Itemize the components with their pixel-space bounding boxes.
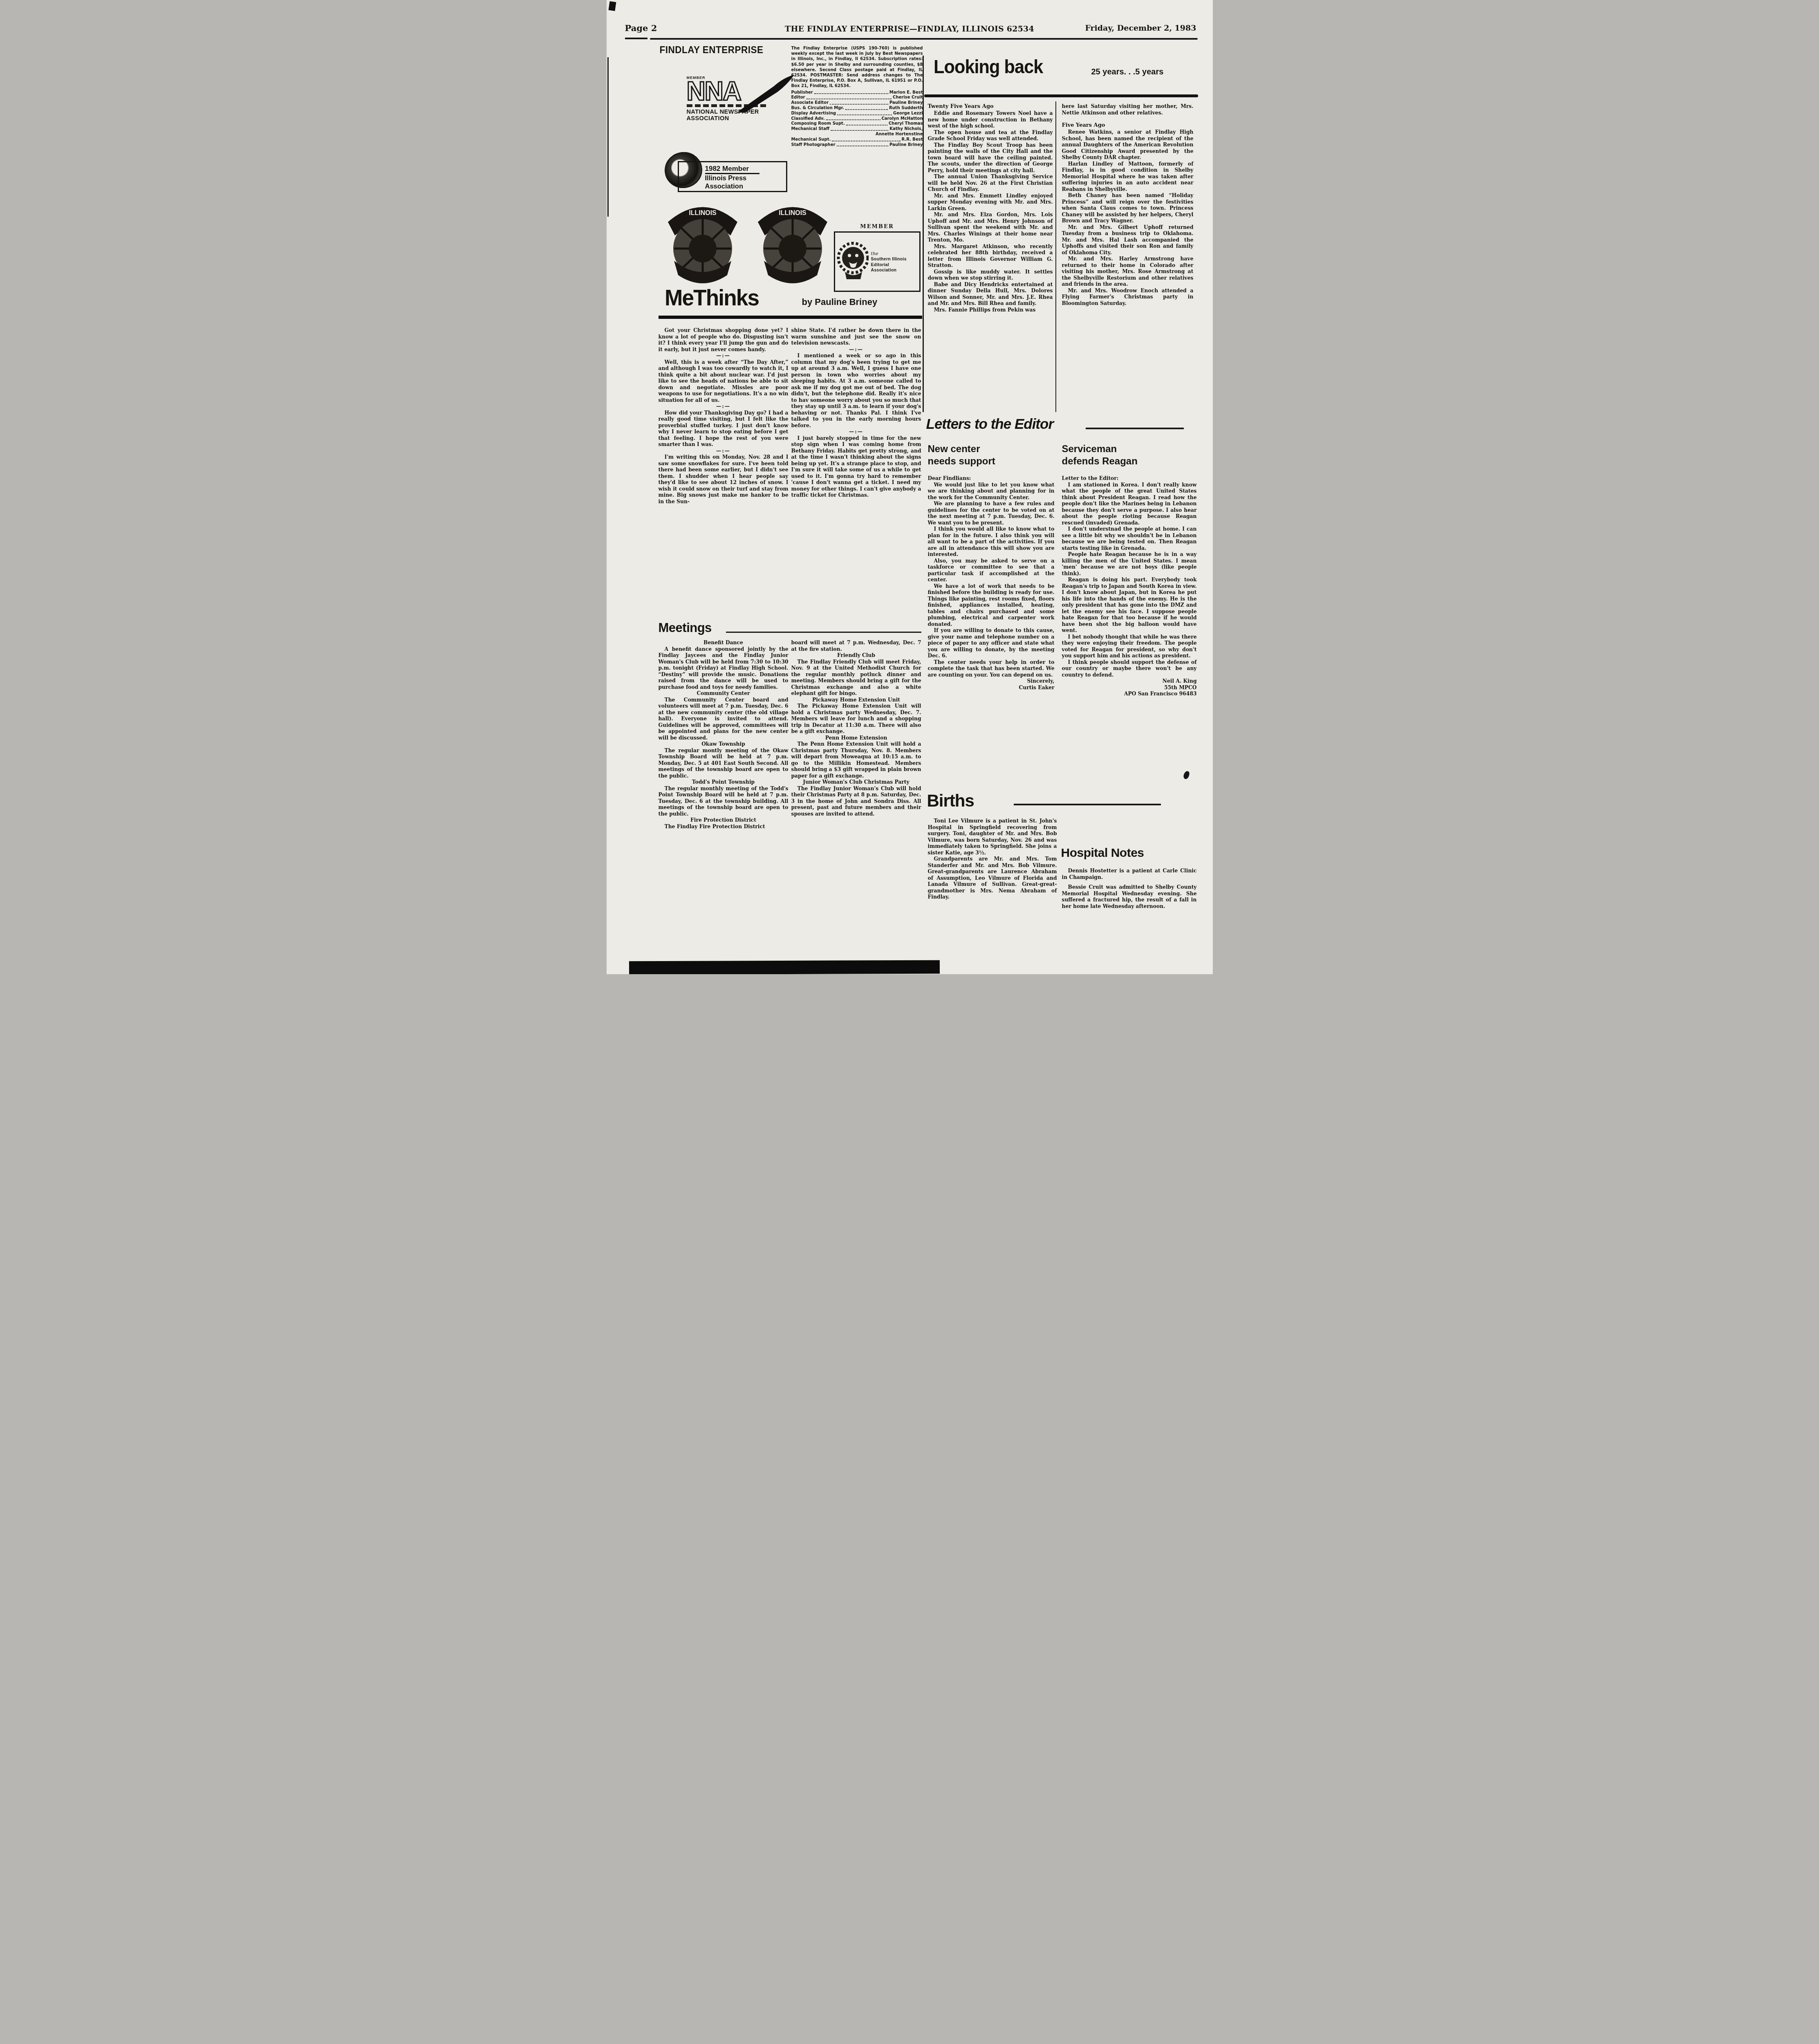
meeting-paragraph: The Pickaway Home Extension Unit will ho… xyxy=(791,703,921,735)
staff-row-continuation: Annette Hortenstine xyxy=(791,132,923,137)
header-rule-short xyxy=(625,38,647,39)
ipa-association: Illinois Press Association xyxy=(705,174,783,191)
dot-leader xyxy=(837,114,892,115)
letter-paragraph: I think people should support the defens… xyxy=(1062,659,1197,678)
sie-line1: Southern Illinois Editorial xyxy=(871,257,917,268)
column-separator: —:— xyxy=(659,403,789,410)
meeting-head: Junior Woman's Club Christmas Party xyxy=(791,779,921,785)
hospital-notes-title: Hospital Notes xyxy=(1061,847,1144,859)
staff-row: Composing Room Supt.Cheryl Thomas xyxy=(791,121,923,127)
methinks-col1: Got your Christmas shopping done yet? I … xyxy=(659,327,789,504)
lion-icon xyxy=(837,240,869,281)
article-paragraph: The Findlay Boy Scout Troop has been pai… xyxy=(928,142,1053,174)
letters-title: Letters to the Editor xyxy=(926,417,1054,431)
letter-signoff: Sincerely, xyxy=(928,678,1055,684)
article-paragraph: The annual Union Thanksgiving Service wi… xyxy=(928,173,1053,193)
meeting-head: Pickaway Home Extension Unit xyxy=(791,697,921,703)
letter-right-column: Letter to the Editor: I am stationed in … xyxy=(1062,475,1197,697)
staff-row: PublisherMarion E. Best xyxy=(791,90,923,96)
letter-headline-left: New center needs support xyxy=(928,443,995,468)
staff-name: George Lezzi xyxy=(893,111,923,117)
letter-salutation: Dear Findlians: xyxy=(928,475,1055,482)
letter-salutation: Letter to the Editor: xyxy=(1062,475,1197,482)
article-paragraph: Mrs. Fannie Phillips from Pekin was xyxy=(928,307,1053,313)
looking-back-rule xyxy=(924,94,1198,97)
scan-bottom-bar xyxy=(629,960,939,974)
staff-row: Bus. & Circulation Mgr.Ruth Sudderth xyxy=(791,106,923,111)
staff-name: Marion E. Best xyxy=(889,90,923,96)
meeting-paragraph: board will meet at 7 p.m. Wednesday, Dec… xyxy=(791,639,921,652)
quill-icon xyxy=(735,74,796,113)
publication-statement: The Findlay Enterprise (USPS 190-760) is… xyxy=(791,46,923,89)
meeting-head: Fire Protection District xyxy=(659,817,789,823)
dot-leader xyxy=(831,130,888,131)
column-paragraph: I just barely stopped in time for the ne… xyxy=(791,435,921,498)
letter-paragraph: Reagan is doing his part. Everybody took… xyxy=(1062,576,1197,634)
staff-name: Ruth Sudderth xyxy=(889,106,923,111)
publication-info-block: The Findlay Enterprise (USPS 190-760) is… xyxy=(791,46,923,148)
meeting-paragraph: The Penn Home Extension Unit will hold a… xyxy=(791,741,921,779)
letter-paragraph: People hate Reagan because he is in a wa… xyxy=(1062,551,1197,576)
article-paragraph: Gossip is like muddy water. It settles d… xyxy=(928,269,1053,281)
article-paragraph: The open house and tea at the Findlay Gr… xyxy=(928,129,1053,142)
meeting-head: Community Center xyxy=(659,690,789,697)
article-paragraph: Mr. and Mrs. Harley Armstrong have retur… xyxy=(1062,255,1194,287)
births-rule xyxy=(1014,804,1161,805)
meeting-head: Todd's Point Township xyxy=(659,779,789,785)
staff-role: Bus. & Circulation Mgr. xyxy=(791,106,844,111)
staff-role: Classified Adv. xyxy=(791,117,825,122)
ipa-year-member: 1982 Member xyxy=(705,165,760,174)
column-paragraph: I mentioned a week or so ago in this col… xyxy=(791,352,921,428)
meetings-col2: board will meet at 7 p.m. Wednesday, Dec… xyxy=(791,639,921,817)
sie-line2: Association xyxy=(871,268,917,273)
issue-date: Friday, December 2, 1983 xyxy=(1085,25,1196,32)
column-paragraph: Well, this is a week after “The Day Afte… xyxy=(659,359,789,403)
births-title: Births xyxy=(927,792,974,809)
meeting-paragraph: The Findlay Friendly Club will meet Frid… xyxy=(791,659,921,697)
staff-name: Carolyn McHatton xyxy=(882,117,923,122)
meetings-title: Meetings xyxy=(659,621,712,634)
letter-paragraph: We are planning to have a few rules and … xyxy=(928,500,1055,526)
meetings-col1: Benefit Dance A benefit dance sponsored … xyxy=(659,639,789,829)
staff-name: Pauline Briney xyxy=(889,143,923,148)
staff-row: Classified Adv.Carolyn McHatton xyxy=(791,117,923,122)
illinois-press-box: 1982 Member Illinois Press Association xyxy=(678,161,787,192)
looking-back-subtitle: 25 years. . .5 years xyxy=(1091,68,1164,76)
article-paragraph: Beth Chaney has been named “Holiday Prin… xyxy=(1062,192,1194,224)
letter-paragraph: We would just like to let you know what … xyxy=(928,482,1055,501)
staff-row: Mechanical Supt.R.R. Best xyxy=(791,137,923,143)
newspaper-page: Page 2 THE FINDLAY ENTERPRISE—FINDLAY, I… xyxy=(607,0,1213,974)
article-paragraph: Harlan Lindley of Mattoon, formerly of F… xyxy=(1062,161,1194,193)
nna-logo: MEMBER NNA NATIONAL NEWSPAPER ASSOCIATIO… xyxy=(687,76,785,122)
ink-blot xyxy=(1183,771,1190,780)
letter-headline-right: Serviceman defends Reagan xyxy=(1062,443,1138,468)
section-head: Five Years Ago xyxy=(1062,122,1194,129)
column-separator: —:— xyxy=(659,448,789,454)
looking-back-left-rule xyxy=(923,56,924,412)
methinks-title: MeThinks xyxy=(665,286,759,309)
staff-row: Associate EditorPauline Briney xyxy=(791,101,923,106)
hospital-notes-column: Dennis Hostetter is a patient at Carle C… xyxy=(1062,867,1197,913)
meeting-head: Friendly Club xyxy=(791,652,921,659)
staff-role: Publisher xyxy=(791,90,813,96)
letter-signature: Curtis Eaker xyxy=(928,684,1055,691)
meeting-head: Okaw Township xyxy=(659,741,789,747)
column-paragraph: I'm writing this on Monday, Nov. 28 and … xyxy=(659,454,789,504)
meeting-paragraph: The regular monthly meeting of the Todd'… xyxy=(659,785,789,817)
letter-paragraph: I bet nobody thought that while he was t… xyxy=(1062,634,1197,659)
meeting-paragraph: The Findlay Fire Protection District xyxy=(659,823,789,830)
article-paragraph: Eddie and Rosemary Towers Noel have a ne… xyxy=(928,110,1053,129)
staff-role: Display Advertising xyxy=(791,111,836,117)
column-paragraph: How did your Thanksgiving Day go? I had … xyxy=(659,410,789,448)
sie-member-label: MEMBER xyxy=(834,224,921,229)
looking-back-title: Looking back xyxy=(934,57,1043,76)
dot-leader xyxy=(814,93,888,94)
article-paragraph: Renee Watkins, a senior at Findlay High … xyxy=(1062,129,1194,161)
staff-name: Pauline Briney xyxy=(889,101,923,106)
staff-name: R.R. Best xyxy=(902,137,923,143)
letter-paragraph: We have a lot of work that needs to be f… xyxy=(928,583,1055,628)
births-paragraph: Toni Lee Vilmure is a patient in St. Joh… xyxy=(928,818,1057,856)
column-separator: —:— xyxy=(659,352,789,359)
dot-leader xyxy=(845,109,888,110)
section-head: Twenty Five Years Ago xyxy=(928,103,1053,110)
staff-row: Display AdvertisingGeorge Lezzi xyxy=(791,111,923,117)
meeting-head: Benefit Dance xyxy=(659,639,789,646)
meeting-paragraph: The regular montly meeting of the Okaw T… xyxy=(659,747,789,779)
births-paragraph: Grandparents are Mr. and Mrs. Tom Stande… xyxy=(928,856,1057,900)
hospital-paragraph: Dennis Hostetter is a patient at Carle C… xyxy=(1062,867,1197,880)
column-separator: —:— xyxy=(791,346,921,353)
staff-role: Editor xyxy=(791,95,805,101)
methinks-rule xyxy=(659,316,922,319)
masthead-brand: FINDLAY ENTERPRISE xyxy=(660,45,764,55)
letter-signature-address: APO San Francisco 96483 xyxy=(1062,690,1197,697)
column-paragraph: shine State. I'd rather be down there in… xyxy=(791,327,921,346)
dot-leader xyxy=(830,104,888,105)
staff-row: EditorCherise Cruit xyxy=(791,95,923,101)
letter-signature-unit: 55th MPCO xyxy=(1062,684,1197,691)
article-paragraph: Mrs. Margaret Atkinson, who recently cel… xyxy=(928,243,1053,269)
staff-name: Cherise Cruit xyxy=(893,95,923,101)
dot-leader xyxy=(837,146,888,146)
staff-role: Staff Photographer xyxy=(791,143,836,148)
article-paragraph: here last Saturday visiting her mother, … xyxy=(1062,103,1194,116)
article-paragraph: Mr. and Mrs. Woodrow Enoch attended a Fl… xyxy=(1062,287,1194,307)
staff-list: PublisherMarion E. Best EditorCherise Cr… xyxy=(791,90,923,148)
column-separator: —:— xyxy=(791,428,921,435)
article-paragraph: Mr. and Mrs. Emmett Lindley enjoyed supp… xyxy=(928,193,1053,212)
letter-left-column: Dear Findlians: We would just like to le… xyxy=(928,475,1055,690)
dot-leader xyxy=(846,125,887,126)
meeting-head: Penn Home Extension xyxy=(791,735,921,741)
award-badges-icon: ILLINOIS ILLINOIS xyxy=(662,199,833,287)
looking-back-col1: Twenty Five Years Ago Eddie and Rosemary… xyxy=(928,103,1053,313)
staff-role: Mechanical Supt. xyxy=(791,137,831,143)
sie-member-box: MEMBER the Southern Illinois Editorial A… xyxy=(834,224,921,298)
meeting-paragraph: The Findlay Junior Woman's Club will hol… xyxy=(791,785,921,817)
staff-name: Annette Hortenstine xyxy=(876,132,923,137)
scan-edge-line xyxy=(607,57,609,217)
column-paragraph: Got your Christmas shopping done yet? I … xyxy=(659,327,789,352)
article-paragraph: Mr. and Mrs. Elza Gordon, Mrs. Lois Upho… xyxy=(928,211,1053,243)
staff-row: Mechanical StaffKathy Nichols, xyxy=(791,127,923,132)
headline-line: needs support xyxy=(928,455,995,468)
headline-line: New center xyxy=(928,443,995,455)
looking-back-column-rule xyxy=(1055,101,1056,412)
headline-line: defends Reagan xyxy=(1062,455,1138,468)
meeting-paragraph: A benefit dance sponsored jointly by the… xyxy=(659,646,789,690)
letter-paragraph: I don't understnad the people at home. I… xyxy=(1062,526,1197,551)
svg-text:ILLINOIS: ILLINOIS xyxy=(779,210,806,217)
spacer xyxy=(1062,116,1194,122)
letter-paragraph: I am stationed in Korea. I don't really … xyxy=(1062,482,1197,526)
dot-leader xyxy=(806,99,892,99)
staff-name: Kathy Nichols, xyxy=(889,127,923,132)
staff-role: Associate Editor xyxy=(791,101,829,106)
headline-line: Serviceman xyxy=(1062,443,1138,455)
methinks-col2: shine State. I'd rather be down there in… xyxy=(791,327,921,498)
staff-role: Composing Room Supt. xyxy=(791,121,845,127)
article-paragraph: Babe and Dicy Hendricks entertained at d… xyxy=(928,281,1053,307)
letter-paragraph: I think you would all like to know what … xyxy=(928,526,1055,558)
dot-leader xyxy=(832,141,900,141)
header-rule-long xyxy=(650,38,1198,40)
sie-the: the xyxy=(871,251,878,256)
letter-paragraph: If you are willing to donate to this cau… xyxy=(928,627,1055,659)
methinks-byline: by Pauline Briney xyxy=(802,298,878,307)
hospital-paragraph: Bessie Cruit was admitted to Shelby Coun… xyxy=(1062,884,1197,909)
svg-text:ILLINOIS: ILLINOIS xyxy=(689,210,717,217)
births-column: Toni Lee Vilmure is a patient in St. Joh… xyxy=(928,818,1057,900)
letters-rule xyxy=(1086,428,1184,429)
sie-box-frame: the Southern Illinois Editorial Associat… xyxy=(834,231,921,292)
dot-leader xyxy=(826,119,880,120)
meetings-rule xyxy=(726,632,921,633)
staff-name: Cheryl Thomas xyxy=(889,121,923,127)
staff-row: Staff PhotographerPauline Briney xyxy=(791,143,923,148)
staff-role: Mechanical Staff xyxy=(791,127,830,132)
article-paragraph: Mr. and Mrs. Gilbert Uphoff returned Tue… xyxy=(1062,224,1194,256)
meeting-paragraph: The Community Center board and volunteer… xyxy=(659,697,789,741)
looking-back-col2: here last Saturday visiting her mother, … xyxy=(1062,103,1194,306)
letter-paragraph: The center needs your help in order to c… xyxy=(928,659,1055,678)
scan-corner-mark xyxy=(608,1,616,11)
letter-signature: Neil A. King xyxy=(1062,678,1197,684)
letter-paragraph: Also, you may be asked to serve on a tas… xyxy=(928,558,1055,583)
